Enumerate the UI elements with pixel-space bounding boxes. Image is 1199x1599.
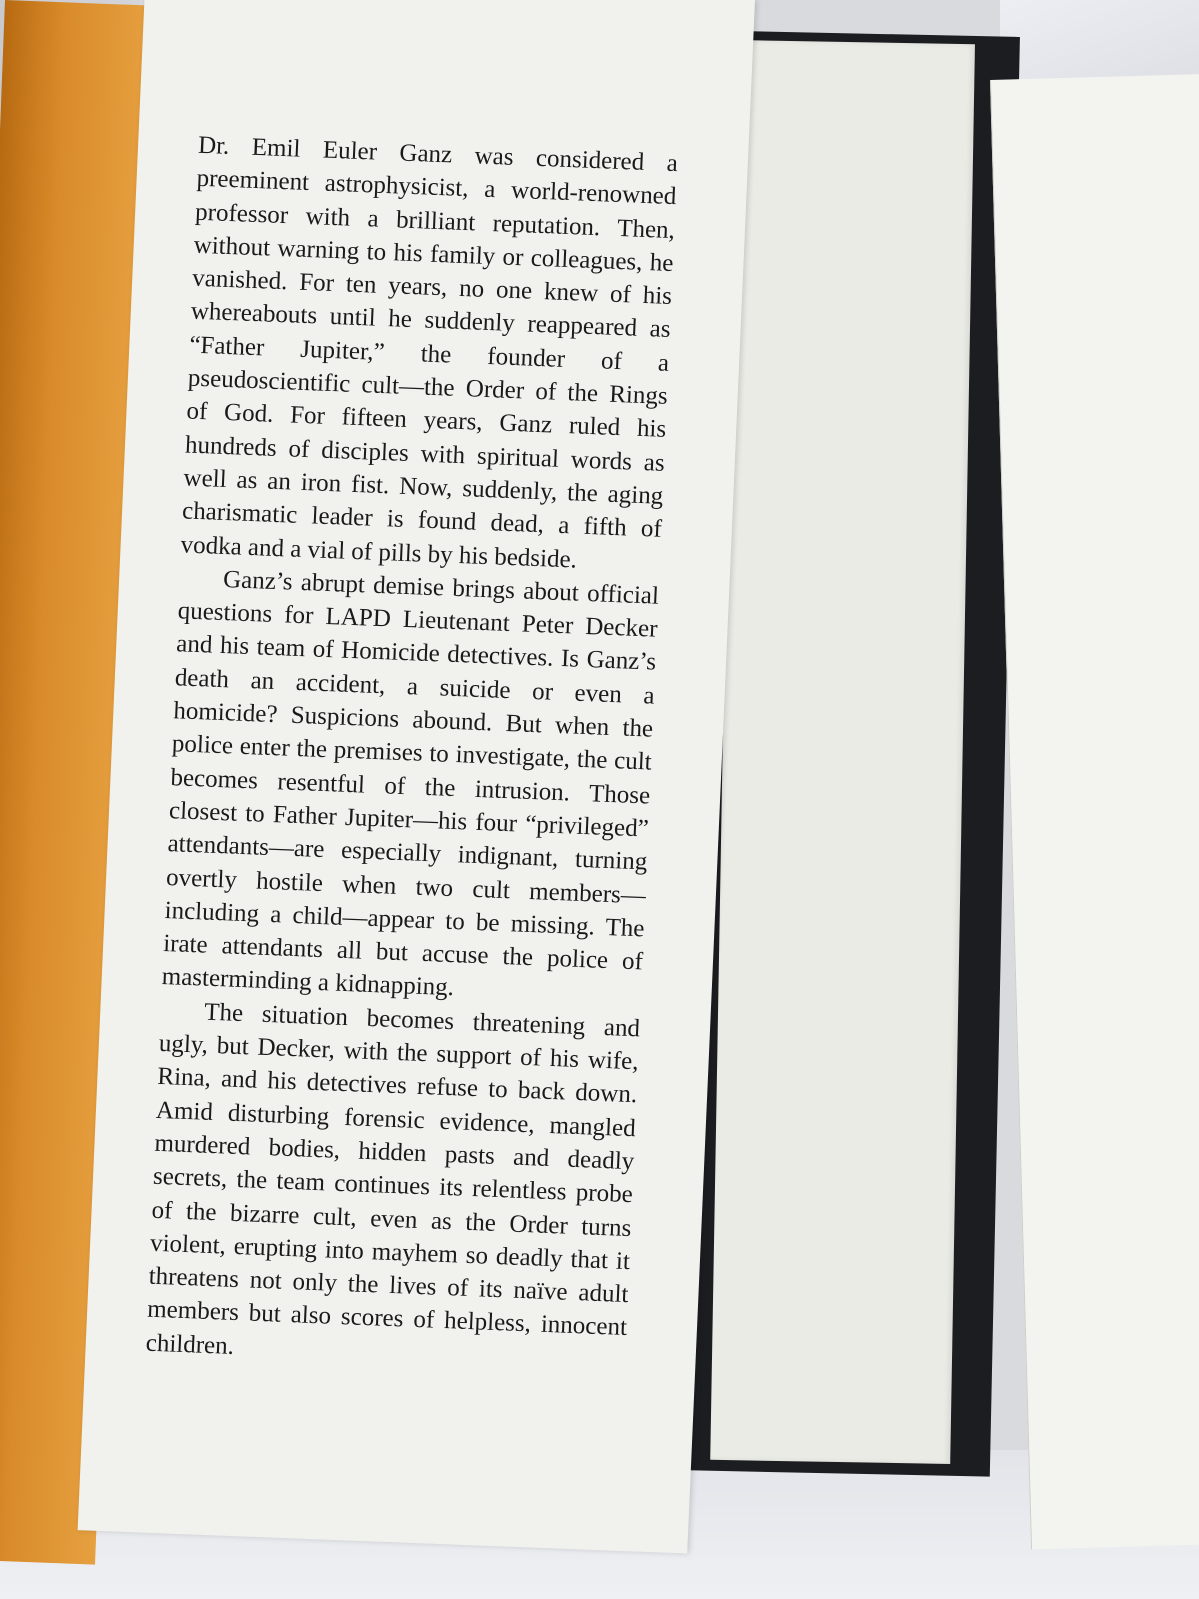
endpaper [710,40,975,1464]
flap-text: Dr. Emil Euler Ganz was considered a pre… [145,129,678,1378]
right-page [990,73,1199,1549]
paragraph-1: Dr. Emil Euler Ganz was considered a pre… [180,129,679,580]
paragraph-3: The situation becomes threatening and ug… [145,994,641,1378]
paragraph-2: Ganz’s abrupt demise brings about offici… [161,561,660,1012]
jacket-flap: Dr. Emil Euler Ganz was considered a pre… [78,0,755,1554]
